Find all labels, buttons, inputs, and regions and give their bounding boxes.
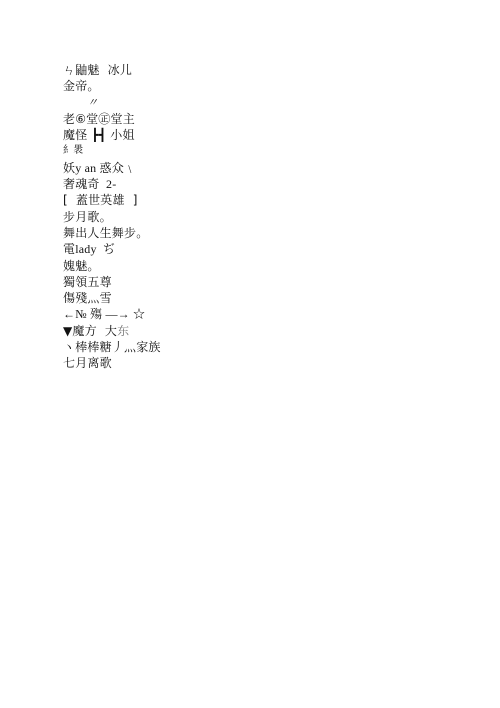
name-line: 步月歌。 (63, 209, 161, 225)
name-line: 魔怪 ┣┫ 小姐 (63, 127, 161, 143)
name-line: 老⑥堂㊣堂主 (63, 111, 161, 127)
name-line: ㄣ鼬魅 冰儿 (63, 62, 161, 78)
name-line: 七月离歌 (63, 355, 161, 371)
name-line: 媿魅。 (63, 258, 161, 274)
name-line: 舞出人生舞步。 (63, 225, 161, 241)
name-line: 糹褁 (63, 143, 161, 159)
name-line: 妖y an 惑众﹨ (63, 160, 161, 176)
name-line: 〃 (63, 95, 161, 111)
name-line: 獨領五尊 (63, 274, 161, 290)
name-line: [ 蓋世英雄 ] (63, 192, 161, 208)
name-list: ㄣ鼬魅 冰儿 金帝。 〃 老⑥堂㊣堂主 魔怪 ┣┫ 小姐 糹褁 妖y an 惑众… (63, 62, 161, 372)
name-line: 傷殘灬雪 (63, 290, 161, 306)
name-suffix: 东 (117, 324, 129, 338)
name-line: 金帝。 (63, 78, 161, 94)
name-line: 電lady ぢ (63, 241, 161, 257)
name-line: ▼魔方 大东 (63, 323, 161, 339)
name-line: ヽ棒棒糖丿灬家族 (63, 339, 161, 355)
name-line: ←№ 殤 —→ ☆ (63, 306, 161, 322)
name-line: 奢魂奇 2- (63, 176, 161, 192)
name-text: ▼魔方 大 (63, 324, 117, 338)
